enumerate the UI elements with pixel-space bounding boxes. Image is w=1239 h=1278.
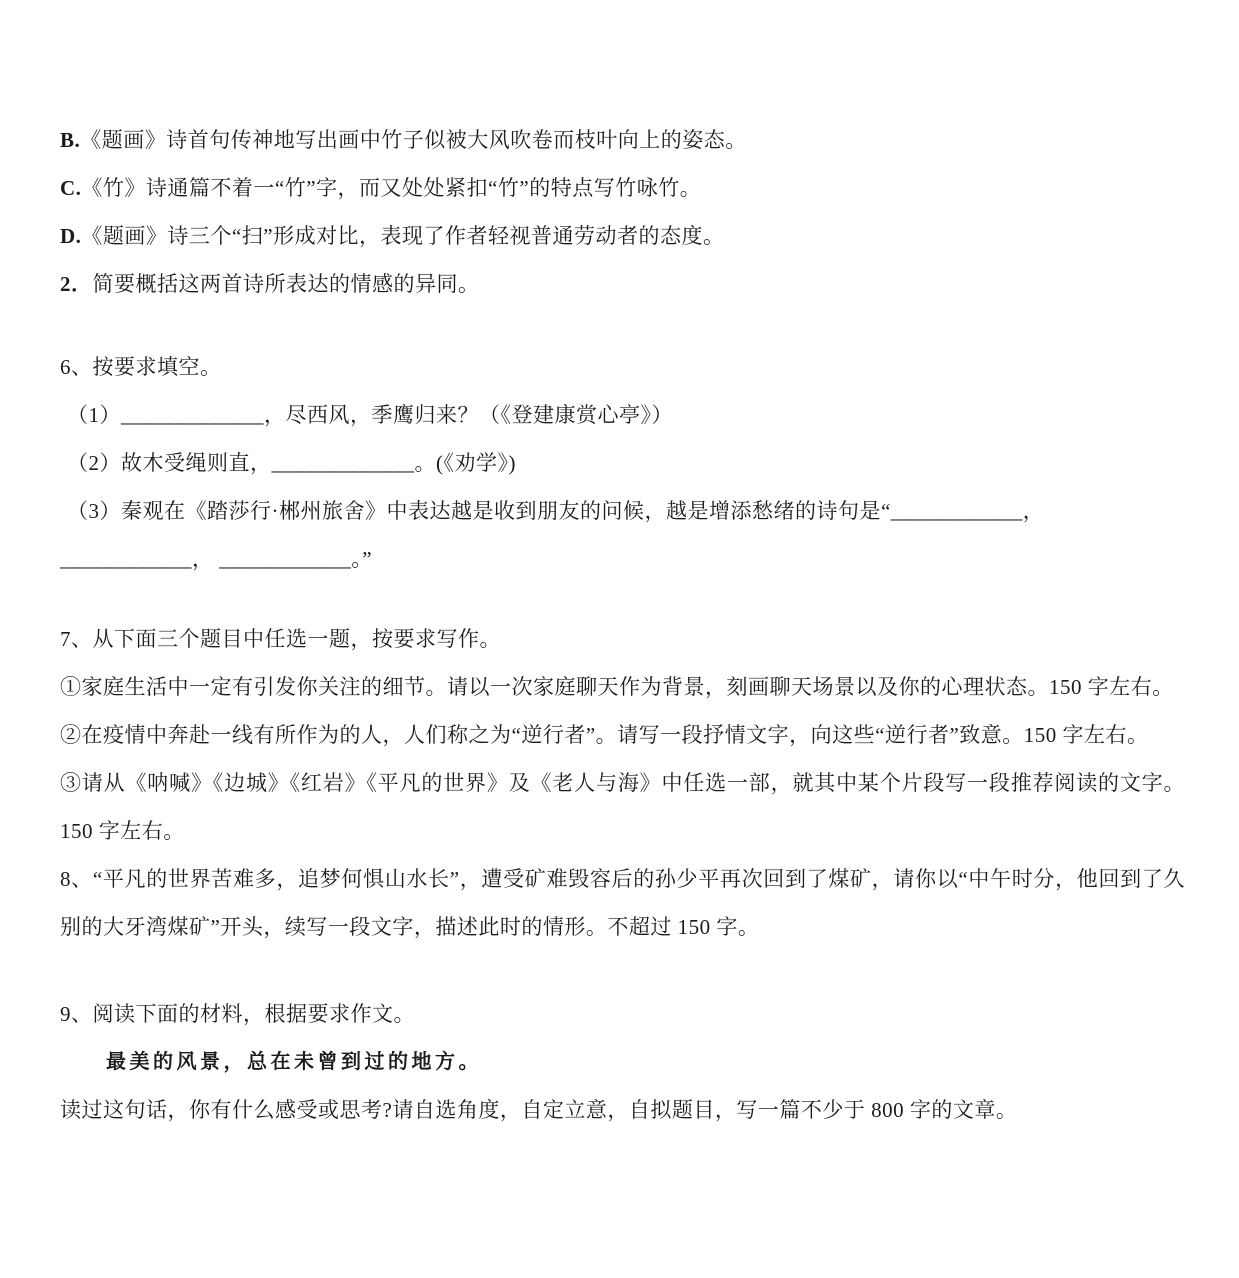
question-8-text: “平凡的世界苦难多，追梦何惧山水长”，遭受矿难毁容后的孙少平再次回到了煤矿，请你…: [60, 867, 1185, 939]
question-6-blank-2: （2）故木受绳则直，_____________。(《劝学》): [60, 439, 1185, 487]
choice-option-d: D.《题画》诗三个“扫”形成对比，表现了作者轻视普通劳动者的态度。: [60, 212, 1185, 260]
option-b-text: 《题画》诗首句传神地写出画中竹子似被大风吹卷而枝叶向上的姿态。: [80, 128, 747, 152]
choice-option-b: B.《题画》诗首句传神地写出画中竹子似被大风吹卷而枝叶向上的姿态。: [60, 116, 1185, 164]
exam-paper-page: B.《题画》诗首句传神地写出画中竹子似被大风吹卷而枝叶向上的姿态。 C.《竹》诗…: [0, 0, 1239, 1278]
question-2: 2．简要概括这两首诗所表达的情感的异同。: [60, 260, 1185, 308]
question-6-blank-1: （1）_____________，尽西风，季鹰归来？（《登建康赏心亭》）: [60, 391, 1185, 439]
question-7-choice-1: ①家庭生活中一定有引发你关注的细节。请以一次家庭聊天作为背景，刻画聊天场景以及你…: [60, 663, 1185, 711]
question-7-title: 7、从下面三个题目中任选一题，按要求写作。: [60, 615, 1185, 663]
question-8-number: 8、: [60, 867, 93, 891]
question-9-material-quote: 最美的风景，总在未曾到过的地方。: [60, 1038, 1185, 1086]
option-d-label: D.: [60, 224, 81, 248]
option-c-text: 《竹》诗通篇不着一“竹”字，而又处处紧扣“竹”的特点写竹咏竹。: [81, 176, 701, 200]
question-2-number: 2．: [60, 272, 93, 296]
question-8: 8、“平凡的世界苦难多，追梦何惧山水长”，遭受矿难毁容后的孙少平再次回到了煤矿，…: [60, 855, 1185, 951]
question-6-blank-3-continuation: ____________， ____________。”: [60, 535, 1185, 583]
question-7-choice-2: ②在疫情中奔赴一线有所作为的人，人们称之为“逆行者”。请写一段抒情文字，向这些“…: [60, 711, 1185, 759]
question-9-instruction: 读过这句话，你有什么感受或思考?请自选角度，自定立意，自拟题目，写一篇不少于 8…: [60, 1086, 1185, 1134]
option-b-label: B.: [60, 128, 80, 152]
question-2-text: 简要概括这两首诗所表达的情感的异同。: [93, 272, 480, 296]
question-6-title: 6、按要求填空。: [60, 343, 1185, 391]
question-7-choice-3: ③请从《呐喊》《边城》《红岩》《平凡的世界》及《老人与海》中任选一部，就其中某个…: [60, 759, 1185, 855]
option-c-label: C.: [60, 176, 81, 200]
question-6-blank-3: （3）秦观在《踏莎行·郴州旅舍》中表达越是收到朋友的问候，越是增添愁绪的诗句是“…: [60, 487, 1185, 535]
choice-option-c: C.《竹》诗通篇不着一“竹”字，而又处处紧扣“竹”的特点写竹咏竹。: [60, 164, 1185, 212]
question-9-title: 9、阅读下面的材料，根据要求作文。: [60, 990, 1185, 1038]
option-d-text: 《题画》诗三个“扫”形成对比，表现了作者轻视普通劳动者的态度。: [81, 224, 724, 248]
